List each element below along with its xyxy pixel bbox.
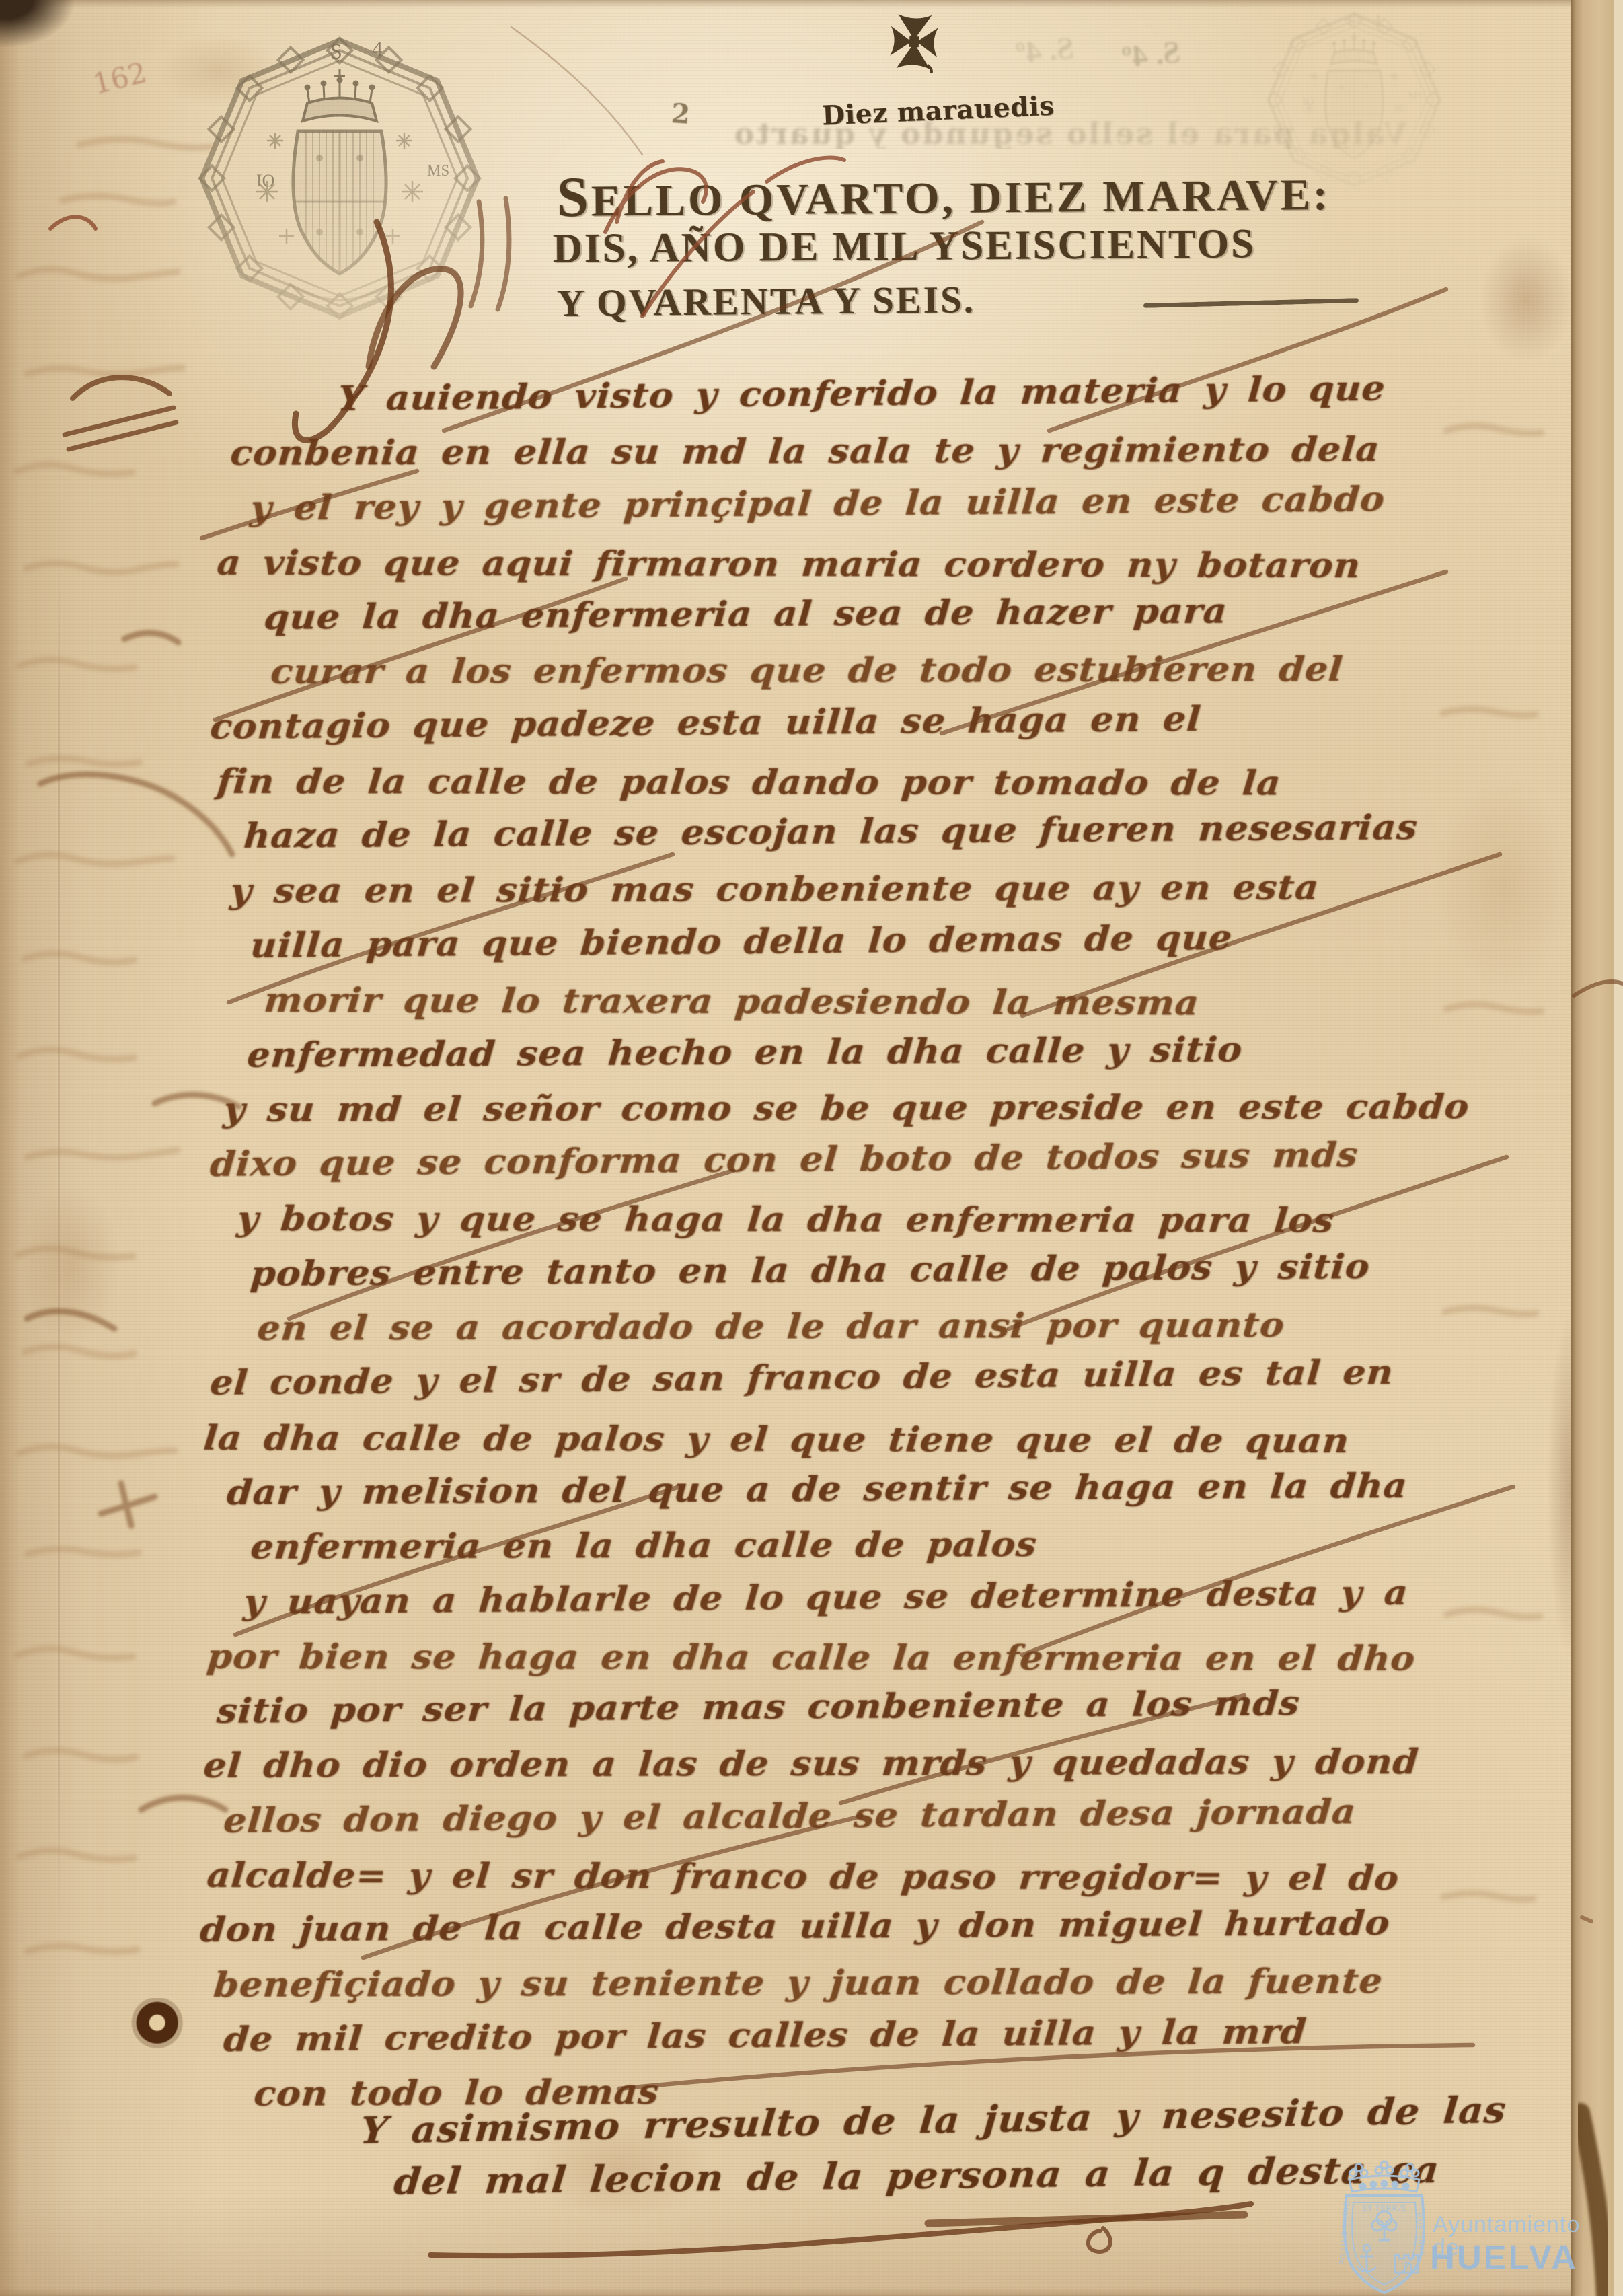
- huelva-watermark: ET TERRÆ PORTUS MARIS CUSTODIA Ayuntamie…: [1337, 2157, 1606, 2296]
- ink-blot: [128, 1998, 184, 2052]
- manuscript-line: uilla para que biendo della lo demas de …: [248, 918, 1555, 984]
- manuscript-line: pobres entre tanto en la dha calle de pa…: [248, 1249, 1555, 1312]
- page-edge-shadow-top: [0, 0, 1623, 8]
- page-edge-shadow-left: [0, 0, 20, 2296]
- manuscript-line: don juan de la calle desta uilla y don m…: [197, 1906, 1559, 1968]
- manuscript-line: contagio que padeze esta uilla se haga e…: [207, 699, 1558, 765]
- manuscript-line: que la dha enfermeria al sea de hazer pa…: [261, 593, 1554, 656]
- seal-letter: MS: [427, 162, 449, 179]
- closing-underline-flourish: [430, 2204, 1251, 2256]
- manuscript-line: enfermedad sea hecho en la dha calle y s…: [244, 1031, 1556, 1093]
- sello-heading-line-1: SELLO QVARTO, DIEZ MARAVE:: [557, 158, 1331, 230]
- paper-stain: [155, 34, 282, 108]
- official-seal-stamp: S 4 IO MS: [200, 36, 480, 318]
- manuscript-line: y el rey y gente prinçipal de la uilla e…: [248, 481, 1555, 546]
- ghost-stamp-mark: S. 4º: [1014, 32, 1075, 69]
- ghost-stamp-mark: S. 4º: [1121, 36, 1182, 73]
- next-page-sliver: [1614, 0, 1623, 2296]
- folio-number: 2: [671, 100, 691, 128]
- paper-stain: [20, 1184, 121, 1345]
- paper-crease: [58, 552, 60, 1931]
- manuscript-closing-line: del mal lecion de la persona a la q dest…: [393, 2151, 1441, 2200]
- seal-letter: 4: [372, 36, 383, 61]
- sello-heading-line-2: DIS, AÑO DE MIL YSEISCIENTOS: [553, 221, 1256, 272]
- watermark-city-name: HUELVA: [1430, 2240, 1578, 2274]
- manuscript-line: de mil credito por las calles de la uill…: [221, 2013, 1557, 2077]
- manuscript-line: dixo que se conforma con el boto de todo…: [207, 1137, 1558, 1203]
- manuscript-body: Y auiendo visto y conferido la materia y…: [188, 382, 1466, 2133]
- manuscript-line: y uayan a hablarle de lo que se determin…: [241, 1575, 1556, 1640]
- seal-chain-links: [200, 38, 480, 319]
- heading-rule: [1143, 298, 1359, 308]
- watermark-motto-top: ET TERRÆ: [1362, 2205, 1406, 2213]
- sello-heading-line-3: Y QVARENTA Y SEIS.: [557, 278, 976, 325]
- paper-stain: [1480, 235, 1574, 363]
- manuscript-line: dar y melision del que a de sentir se ha…: [224, 1469, 1557, 1531]
- maltese-cross-icon: [886, 9, 941, 77]
- manuscript-scan-page: Valga para el sello segundo y quarto S. …: [0, 0, 1623, 2296]
- watermark-crown-icon: [1349, 2161, 1419, 2192]
- archival-corner-number: 162: [90, 59, 149, 99]
- manuscript-line: el conde y el sr de san franco de esta u…: [207, 1354, 1558, 1421]
- seal-laurel: [293, 286, 387, 300]
- seal-letter: IO: [256, 171, 274, 190]
- manuscript-line: sitio por ser la parte mas conbeniente a…: [214, 1685, 1558, 1750]
- binding-edge-band: [1571, 0, 1614, 2296]
- manuscript-line: ellos don diego y el alcalde se tardan d…: [221, 1793, 1557, 1859]
- seal-star-ornaments: [256, 133, 423, 244]
- seal-letter: S: [330, 39, 342, 63]
- dark-corner: [0, 0, 74, 47]
- seal-shield-icon: [291, 131, 388, 274]
- seal-crown-icon: [303, 69, 377, 121]
- manuscript-line: Y auiendo visto y conferido la materia y…: [335, 370, 1549, 437]
- manuscript-line: haza de la calle se escojan las que fuer…: [241, 810, 1556, 875]
